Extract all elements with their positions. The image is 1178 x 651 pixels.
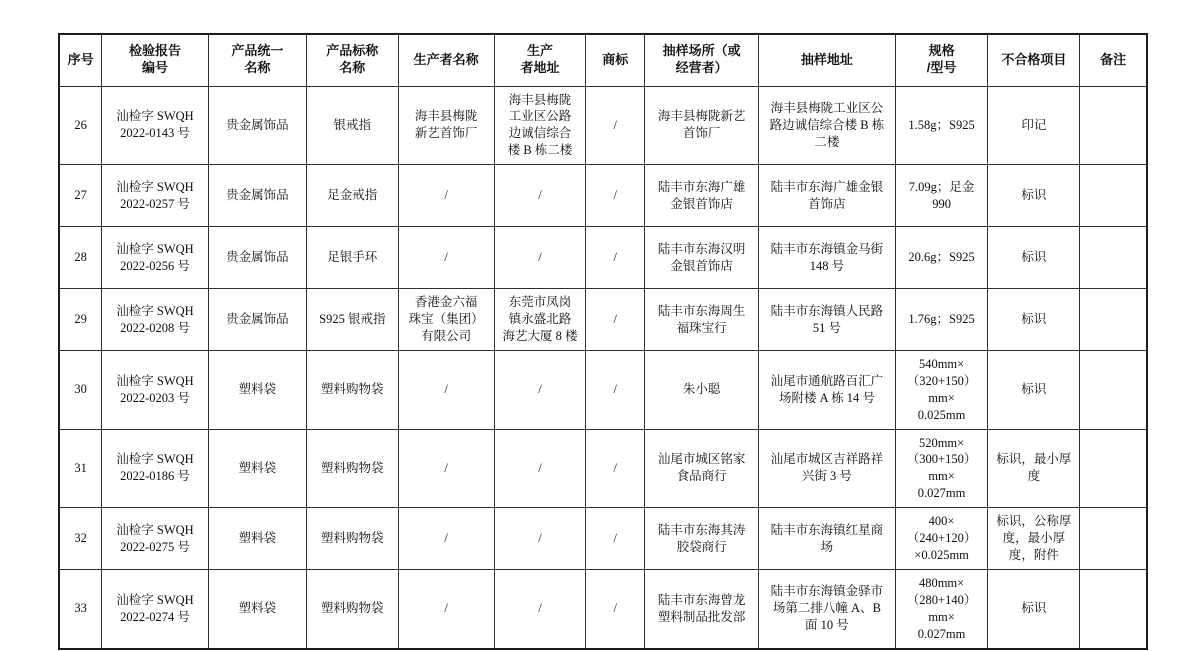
cell-seq: 30 xyxy=(59,351,102,430)
cell-note xyxy=(1080,165,1147,227)
cell-items: 标识，公称厚 度，最小厚 度，附件 xyxy=(988,508,1080,570)
cell-prodaddr: / xyxy=(494,165,586,227)
cell-producer: / xyxy=(398,570,494,649)
col-header-producer: 生产者名称 xyxy=(398,34,494,86)
cell-items: 标识 xyxy=(988,227,1080,289)
table-body: 26汕检字 SWQH 2022-0143 号贵金属饰品银戒指海丰县梅陇 新艺首饰… xyxy=(59,86,1147,649)
cell-spec: 480mm× （280+140） mm× 0.027mm xyxy=(895,570,988,649)
cell-spec: 7.09g；足金 990 xyxy=(895,165,988,227)
table-row: 30汕检字 SWQH 2022-0203 号塑料袋塑料购物袋///朱小聪汕尾市通… xyxy=(59,351,1147,430)
cell-note xyxy=(1080,289,1147,351)
cell-sampaddr: 汕尾市城区吉祥路祥 兴街 3 号 xyxy=(759,429,896,508)
cell-brand: / xyxy=(586,165,645,227)
cell-category: 塑料袋 xyxy=(208,508,306,570)
cell-spec: 1.58g；S925 xyxy=(895,86,988,165)
cell-prodaddr: 东莞市凤岗 镇永盛北路 海艺大厦 8 楼 xyxy=(494,289,586,351)
cell-category: 贵金属饰品 xyxy=(208,289,306,351)
col-header-prodaddr: 生产 者地址 xyxy=(494,34,586,86)
col-header-seq: 序号 xyxy=(59,34,102,86)
cell-items: 标识 xyxy=(988,570,1080,649)
table-row: 33汕检字 SWQH 2022-0274 号塑料袋塑料购物袋///陆丰市东海曾龙… xyxy=(59,570,1147,649)
col-header-spec: 规格 /型号 xyxy=(895,34,988,86)
cell-sampaddr: 海丰县梅陇工业区公 路边诚信综合楼 B 栋 二楼 xyxy=(759,86,896,165)
cell-producer: / xyxy=(398,351,494,430)
cell-place: 陆丰市东海周生 福珠宝行 xyxy=(645,289,759,351)
cell-spec: 400× （240+120） ×0.025mm xyxy=(895,508,988,570)
cell-name: 银戒指 xyxy=(306,86,398,165)
cell-seq: 31 xyxy=(59,429,102,508)
cell-items: 标识 xyxy=(988,289,1080,351)
cell-prodaddr: / xyxy=(494,429,586,508)
cell-place: 陆丰市东海曾龙 塑料制品批发部 xyxy=(645,570,759,649)
cell-seq: 27 xyxy=(59,165,102,227)
cell-items: 标识 xyxy=(988,165,1080,227)
cell-place: 陆丰市东海汉明 金银首饰店 xyxy=(645,227,759,289)
cell-report: 汕检字 SWQH 2022-0143 号 xyxy=(102,86,209,165)
cell-seq: 29 xyxy=(59,289,102,351)
cell-items: 印记 xyxy=(988,86,1080,165)
cell-brand: / xyxy=(586,351,645,430)
cell-prodaddr: / xyxy=(494,508,586,570)
cell-category: 塑料袋 xyxy=(208,429,306,508)
cell-note xyxy=(1080,351,1147,430)
cell-spec: 20.6g；S925 xyxy=(895,227,988,289)
col-header-report: 检验报告 编号 xyxy=(102,34,209,86)
inspection-results-table: 序号检验报告 编号产品统一 名称产品标称 名称生产者名称生产 者地址商标抽样场所… xyxy=(58,33,1148,650)
cell-note xyxy=(1080,227,1147,289)
cell-brand: / xyxy=(586,429,645,508)
cell-place: 海丰县梅陇新艺 首饰厂 xyxy=(645,86,759,165)
cell-sampaddr: 陆丰市东海镇金马街 148 号 xyxy=(759,227,896,289)
col-header-place: 抽样场所（或 经营者） xyxy=(645,34,759,86)
cell-sampaddr: 陆丰市东海广雄金银 首饰店 xyxy=(759,165,896,227)
cell-report: 汕检字 SWQH 2022-0186 号 xyxy=(102,429,209,508)
cell-seq: 28 xyxy=(59,227,102,289)
cell-brand: / xyxy=(586,289,645,351)
cell-name: 塑料购物袋 xyxy=(306,570,398,649)
cell-report: 汕检字 SWQH 2022-0275 号 xyxy=(102,508,209,570)
cell-category: 塑料袋 xyxy=(208,351,306,430)
cell-brand: / xyxy=(586,570,645,649)
cell-sampaddr: 陆丰市东海镇人民路 51 号 xyxy=(759,289,896,351)
cell-note xyxy=(1080,86,1147,165)
header-row: 序号检验报告 编号产品统一 名称产品标称 名称生产者名称生产 者地址商标抽样场所… xyxy=(59,34,1147,86)
table-row: 29汕检字 SWQH 2022-0208 号贵金属饰品S925 银戒指香港金六福… xyxy=(59,289,1147,351)
cell-note xyxy=(1080,429,1147,508)
cell-category: 贵金属饰品 xyxy=(208,227,306,289)
cell-name: 塑料购物袋 xyxy=(306,429,398,508)
cell-producer: / xyxy=(398,165,494,227)
cell-report: 汕检字 SWQH 2022-0208 号 xyxy=(102,289,209,351)
cell-report: 汕检字 SWQH 2022-0203 号 xyxy=(102,351,209,430)
cell-sampaddr: 陆丰市东海镇金驿市 场第二排八幢 A、B 面 10 号 xyxy=(759,570,896,649)
cell-producer: / xyxy=(398,227,494,289)
cell-place: 陆丰市东海广雄 金银首饰店 xyxy=(645,165,759,227)
col-header-items: 不合格项目 xyxy=(988,34,1080,86)
cell-spec: 540mm× （320+150） mm× 0.025mm xyxy=(895,351,988,430)
cell-seq: 33 xyxy=(59,570,102,649)
cell-name: 足银手环 xyxy=(306,227,398,289)
cell-prodaddr: / xyxy=(494,570,586,649)
cell-producer: / xyxy=(398,508,494,570)
table-row: 31汕检字 SWQH 2022-0186 号塑料袋塑料购物袋///汕尾市城区铭家… xyxy=(59,429,1147,508)
cell-spec: 520mm× （300+150） mm× 0.027mm xyxy=(895,429,988,508)
cell-prodaddr: / xyxy=(494,351,586,430)
table-row: 28汕检字 SWQH 2022-0256 号贵金属饰品足银手环///陆丰市东海汉… xyxy=(59,227,1147,289)
cell-sampaddr: 陆丰市东海镇红星商 场 xyxy=(759,508,896,570)
cell-name: 塑料购物袋 xyxy=(306,508,398,570)
cell-seq: 32 xyxy=(59,508,102,570)
cell-category: 贵金属饰品 xyxy=(208,86,306,165)
cell-note xyxy=(1080,570,1147,649)
cell-report: 汕检字 SWQH 2022-0274 号 xyxy=(102,570,209,649)
cell-prodaddr: / xyxy=(494,227,586,289)
cell-place: 汕尾市城区铭家 食品商行 xyxy=(645,429,759,508)
cell-prodaddr: 海丰县梅陇 工业区公路 边诚信综合 楼 B 栋二楼 xyxy=(494,86,586,165)
cell-name: S925 银戒指 xyxy=(306,289,398,351)
cell-report: 汕检字 SWQH 2022-0256 号 xyxy=(102,227,209,289)
cell-report: 汕检字 SWQH 2022-0257 号 xyxy=(102,165,209,227)
table-row: 27汕检字 SWQH 2022-0257 号贵金属饰品足金戒指///陆丰市东海广… xyxy=(59,165,1147,227)
table-row: 32汕检字 SWQH 2022-0275 号塑料袋塑料购物袋///陆丰市东海其涛… xyxy=(59,508,1147,570)
cell-producer: / xyxy=(398,429,494,508)
cell-category: 塑料袋 xyxy=(208,570,306,649)
cell-place: 陆丰市东海其涛 胶袋商行 xyxy=(645,508,759,570)
cell-name: 足金戒指 xyxy=(306,165,398,227)
cell-brand: / xyxy=(586,508,645,570)
cell-spec: 1.76g；S925 xyxy=(895,289,988,351)
cell-name: 塑料购物袋 xyxy=(306,351,398,430)
col-header-sampaddr: 抽样地址 xyxy=(759,34,896,86)
table-row: 26汕检字 SWQH 2022-0143 号贵金属饰品银戒指海丰县梅陇 新艺首饰… xyxy=(59,86,1147,165)
cell-sampaddr: 汕尾市通航路百汇广 场附楼 A 栋 14 号 xyxy=(759,351,896,430)
document-page: 序号检验报告 编号产品统一 名称产品标称 名称生产者名称生产 者地址商标抽样场所… xyxy=(0,0,1178,651)
col-header-brand: 商标 xyxy=(586,34,645,86)
cell-note xyxy=(1080,508,1147,570)
cell-category: 贵金属饰品 xyxy=(208,165,306,227)
col-header-name: 产品标称 名称 xyxy=(306,34,398,86)
cell-place: 朱小聪 xyxy=(645,351,759,430)
cell-items: 标识，最小厚 度 xyxy=(988,429,1080,508)
cell-producer: 香港金六福 珠宝（集团） 有限公司 xyxy=(398,289,494,351)
cell-producer: 海丰县梅陇 新艺首饰厂 xyxy=(398,86,494,165)
cell-seq: 26 xyxy=(59,86,102,165)
cell-items: 标识 xyxy=(988,351,1080,430)
cell-brand: / xyxy=(586,86,645,165)
col-header-category: 产品统一 名称 xyxy=(208,34,306,86)
col-header-note: 备注 xyxy=(1080,34,1147,86)
cell-brand: / xyxy=(586,227,645,289)
